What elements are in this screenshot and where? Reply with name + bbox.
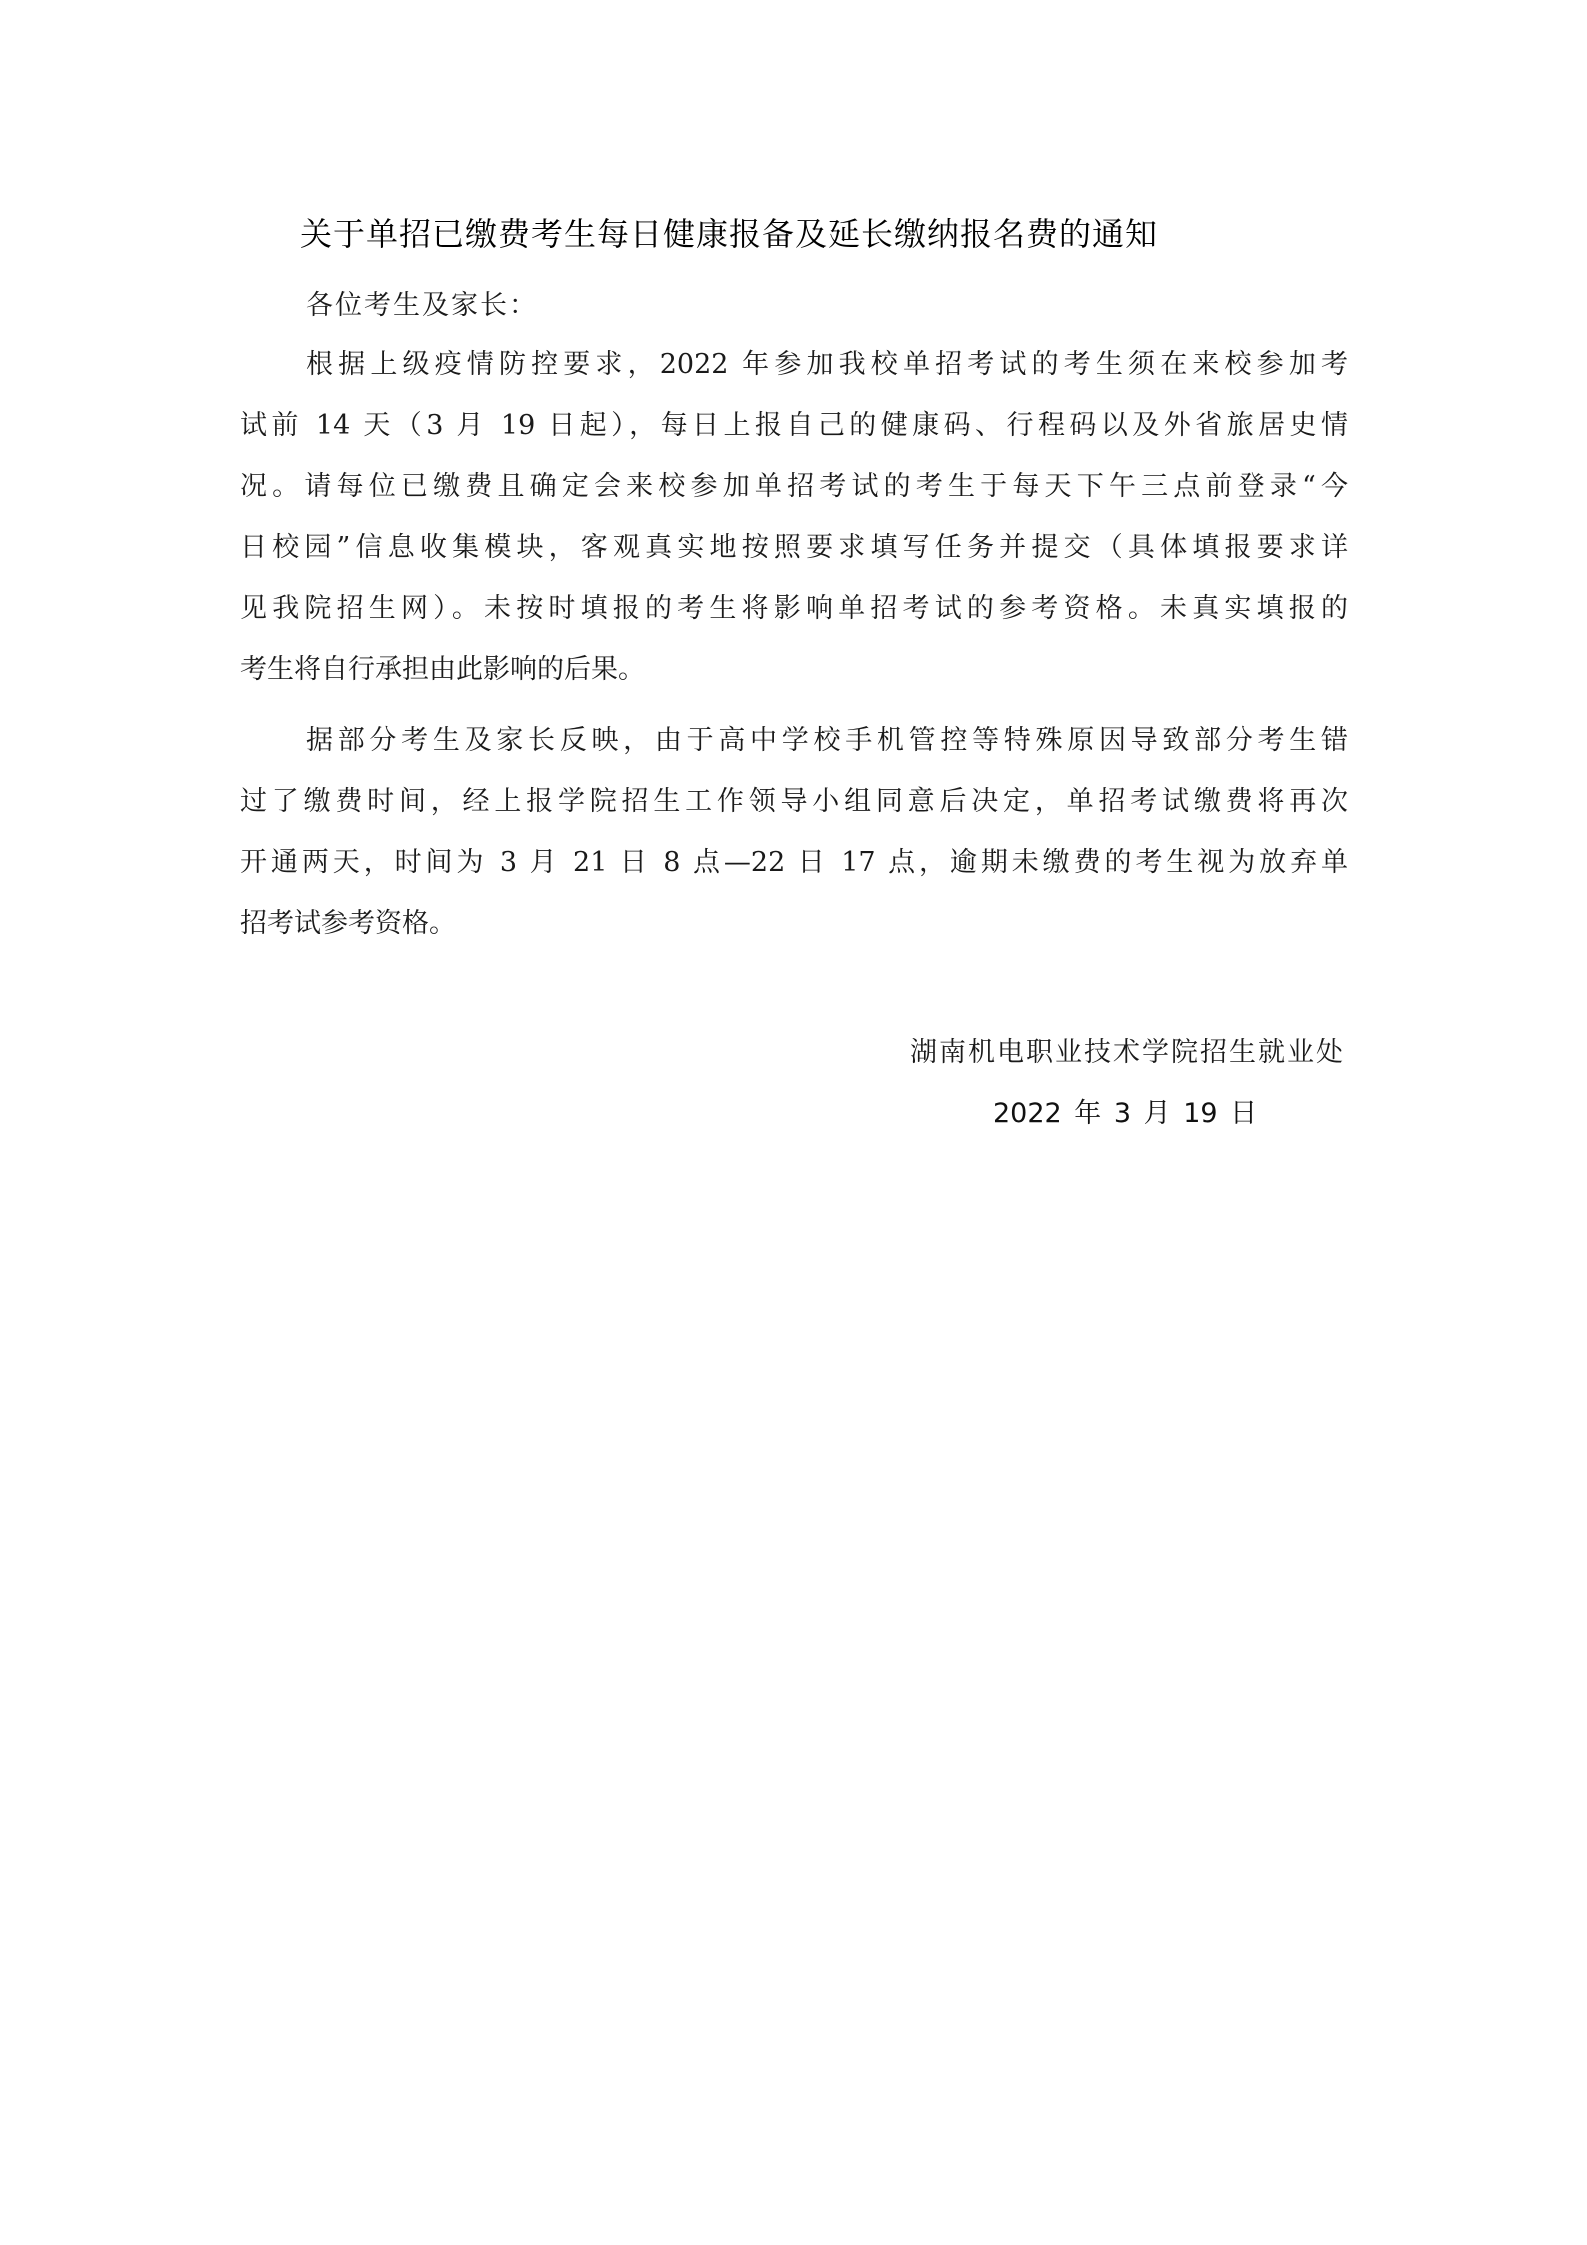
paragraph-line: 据部分考生及家长反映，由于高中学校手机管控等特殊原因导致部分考生错 (306, 723, 1348, 759)
paragraph-line: 考生将自行承担由此影响的后果。 (240, 652, 1348, 688)
salutation: 各位考生及家长： (306, 288, 538, 324)
paragraph-line: 招考试参考资格。 (240, 906, 1348, 942)
paragraph-line: 日校园”信息收集模块，客观真实地按照要求填写任务并提交（具体填报要求详 (240, 530, 1348, 566)
paragraph-line: 况。请每位已缴费且确定会来校参加单招考试的考生于每天下午三点前登录“今 (240, 469, 1348, 505)
paragraph-line: 开通两天，时间为 3 月 21 日 8 点—22 日 17 点，逾期未缴费的考生… (240, 845, 1348, 881)
paragraph-line: 过了缴费时间，经上报学院招生工作领导小组同意后决定，单招考试缴费将再次 (240, 784, 1348, 820)
document-page: 关于单招已缴费考生每日健康报备及延长缴纳报名费的通知 各位考生及家长： 根据上级… (0, 0, 1587, 2245)
signature-issuer: 湖南机电职业技术学院招生就业处 (910, 1035, 1345, 1071)
paragraph-line: 根据上级疫情防控要求，2022 年参加我校单招考试的考生须在来校参加考 (306, 347, 1348, 383)
paragraph-line: 见我院招生网）。未按时填报的考生将影响单招考试的参考资格。未真实填报的 (240, 591, 1348, 627)
paragraph-line: 试前 14 天（3 月 19 日起），每日上报自己的健康码、行程码以及外省旅居史… (240, 408, 1348, 444)
signature-date: 2022 年 3 月 19 日 (993, 1096, 1257, 1132)
document-title: 关于单招已缴费考生每日健康报备及延长缴纳报名费的通知 (300, 212, 1300, 256)
